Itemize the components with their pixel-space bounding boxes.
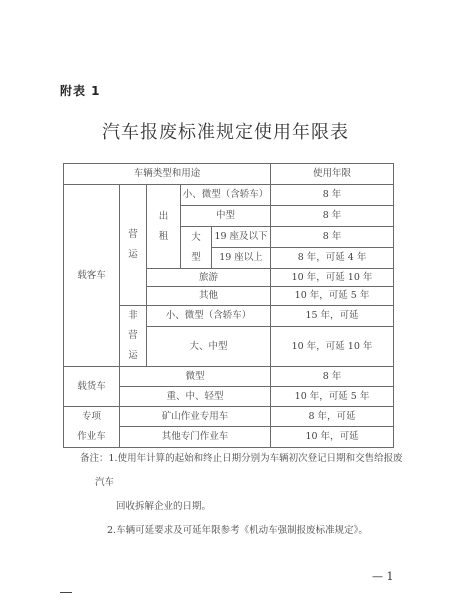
note-line-4: 2.车辆可延要求及可延年限参考《机动车强制报废标准规定》。 [107,522,368,536]
taxi-small-micro-years: 8 年 [271,185,394,206]
category-passenger: 载客车 [64,185,120,367]
taxi-small-micro-label: 小、微型（含轿车） [181,185,271,206]
table-row: 载货车 微型 8 年 [64,367,394,387]
label-char: 出 [159,211,169,222]
non-commercial-small-years: 15 年，可延 [271,306,394,327]
special-mining-label: 矿山作业专用车 [120,407,271,427]
note-line-1: 备注：1.使用年计算的起始和终止日期分别为车辆初次登记日期和交售给报废 [80,450,403,464]
note-line-3: 回收拆解企业的日期。 [116,498,211,512]
special-other-label: 其他专门作业车 [120,427,271,447]
large-19-below-label: 19 座及以下 [212,227,271,248]
header-vehicle-type: 车辆类型和用途 [64,164,271,185]
non-commercial-large-years: 10 年，可延 10 年 [271,327,394,367]
note-line-2: 汽车 [95,474,114,488]
table-header-row: 车辆类型和用途 使用年限 [64,164,394,185]
category-special: 专项 作业车 [64,407,120,448]
commercial-other-years: 10 年，可延 5 年 [271,287,394,306]
special-other-years: 10 年，可延 [271,427,394,447]
non-commercial-large-label: 大、中型 [147,327,271,367]
subcategory-commercial: 营 运 [120,185,147,306]
label-char: 非 [128,310,138,321]
non-commercial-small-label: 小、微型（含轿车） [147,306,271,327]
label-char: 大 [191,232,201,243]
label-line: 作业车 [77,431,106,442]
table-row: 载客车 营 运 出 租 小、微型（含轿车） 8 年 [64,185,394,206]
page-number: — 1 [372,570,394,583]
large-19-below-years: 8 年 [271,227,394,248]
tourism-years: 10 年，可延 10 年 [271,269,394,287]
page-dash [60,592,72,593]
label-char: 运 [128,350,138,361]
tourism-label: 旅游 [147,269,271,287]
label-char: 租 [159,231,169,242]
appendix-label: 附表 1 [60,82,101,99]
cargo-micro-label: 微型 [120,367,271,387]
taxi-medium-years: 8 年 [271,206,394,227]
cargo-heavy-years: 10 年，可延 5 年 [271,387,394,407]
cargo-heavy-label: 重、中、轻型 [120,387,271,407]
cargo-micro-years: 8 年 [271,367,394,387]
large-19-above-years: 8 年，可延 4 年 [271,248,394,269]
large-19-above-label: 19 座以上 [212,248,271,269]
subcategory-non-commercial: 非 营 运 [120,306,147,367]
special-mining-years: 8 年，可延 [271,407,394,427]
header-service-life: 使用年限 [271,164,394,185]
category-cargo: 载货车 [64,367,120,407]
taxi-medium-label: 中型 [181,206,271,227]
label-char: 运 [128,249,138,260]
label-char: 型 [191,252,201,263]
label-line: 专项 [82,411,101,422]
scrap-standard-table: 车辆类型和用途 使用年限 载客车 营 运 出 租 小、微型（含轿车） 8 年 中… [63,163,394,448]
subcategory-taxi: 出 租 [147,185,181,269]
label-char: 营 [128,229,138,240]
subcategory-large: 大 型 [181,227,212,269]
table-row: 专项 作业车 矿山作业专用车 8 年，可延 [64,407,394,427]
document-title: 汽车报废标准规定使用年限表 [0,118,451,144]
label-char: 营 [128,330,138,341]
commercial-other-label: 其他 [147,287,271,306]
